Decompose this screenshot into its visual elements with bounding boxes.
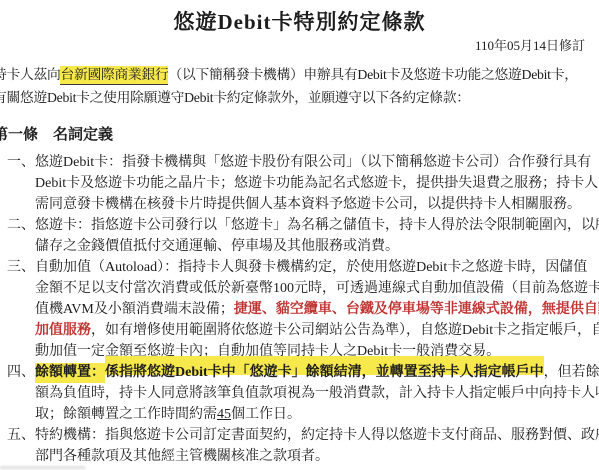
item-line: 三、自動加值（Autoload）：指持卡人與發卡機構約定，於使用悠遊Debit卡… xyxy=(0,257,599,278)
balance-transfer-term-highlight: 餘額轉置： xyxy=(35,363,105,383)
item-line: 二、悠遊卡：指悠遊卡公司發行以「悠遊卡」為名稱之儲值卡，持卡人得於法令限制範圍內… xyxy=(0,215,599,236)
item-line: 五、特約機構：指與悠遊卡公司訂定書面契約，約定持卡人得以悠遊卡支付商品、服務對價… xyxy=(0,425,599,446)
term-item-merchant: 五、特約機構：指與悠遊卡公司訂定書面契約，約定持卡人得以悠遊卡支付商品、服務對價… xyxy=(0,425,599,467)
item-marker: 二、 xyxy=(7,218,35,233)
item-text: 個工作日。 xyxy=(231,407,301,422)
scan-artifact xyxy=(0,466,85,469)
item-marker: 四、 xyxy=(7,365,35,380)
intro-paragraph: 持卡人茲向台新國際商業銀行（以下簡稱發卡機構）申辦具有Debit卡及悠遊卡功能之… xyxy=(0,63,599,109)
item-line: 值機AVM及小額消費端末設備；捷運、貓空纜車、台鐵及停車場等非連線式設備，無提供… xyxy=(0,299,599,320)
item-marker: 三、 xyxy=(7,260,35,275)
term-item-autoload: 三、自動加值（Autoload）：指持卡人與發卡機構約定，於使用悠遊Debit卡… xyxy=(0,257,599,362)
item-line: Debit卡及悠遊卡功能之晶片卡；悠遊卡功能為記名式悠遊卡，提供掛失退費之服務；… xyxy=(0,173,599,194)
intro-text: （以下簡稱發卡機構）申辦具有Debit卡及悠遊卡功能之悠遊Debit卡， xyxy=(168,67,577,82)
balance-transfer-definition-highlight: 係指將悠遊Debit卡中「悠遊卡」餘額結清，並轉置至持卡人指定帳戶中 xyxy=(105,356,544,380)
item-text: 值機AVM及小額消費端末設備； xyxy=(35,302,234,317)
term-item-balance-transfer: 四、餘額轉置：係指將悠遊Debit卡中「悠遊卡」餘額結清，並轉置至持卡人指定帳戶… xyxy=(0,362,599,425)
page-title: 悠遊Debit卡特別約定條款 xyxy=(0,0,599,35)
term-item-easycard-debit: 一、悠遊Debit卡：指發卡機構與「悠遊卡股份有限公司」（以下簡稱悠遊卡公司）合… xyxy=(0,152,599,215)
intro-line-1: 持卡人茲向台新國際商業銀行（以下簡稱發卡機構）申辦具有Debit卡及悠遊卡功能之… xyxy=(0,63,599,86)
intro-line-2: 有關悠遊Debit卡之使用除願遵守Debit卡約定條款外，並願遵守以下各約定條款… xyxy=(0,86,599,109)
red-warning-text: 加值服務 xyxy=(35,323,91,338)
definition-list: 一、悠遊Debit卡：指發卡機構與「悠遊卡股份有限公司」（以下簡稱悠遊卡公司）合… xyxy=(0,152,599,467)
item-text: 悠遊Debit卡：指發卡機構與「悠遊卡股份有限公司」（以下簡稱悠遊卡公司）合作發… xyxy=(35,155,591,170)
item-line: 加值服務，如有增修使用範圍將依悠遊卡公司網站公告為準），自悠遊Debit卡之指定… xyxy=(0,320,599,341)
section-heading: 第一條 名詞定義 xyxy=(0,127,599,143)
item-text: 取；餘額轉置之工作時間約需 xyxy=(35,407,217,422)
item-line: 一、悠遊Debit卡：指發卡機構與「悠遊卡股份有限公司」（以下簡稱悠遊卡公司）合… xyxy=(0,152,599,173)
red-warning-text: 捷運、貓空纜車、台鐵及停車場等非連線式設備，無提供自動 xyxy=(234,302,599,317)
item-marker: 五、 xyxy=(7,428,35,443)
bank-name-highlight: 台新國際商業銀行 xyxy=(60,66,168,85)
item-text: 特約機構：指與悠遊卡公司訂定書面契約，約定持卡人得以悠遊卡支付商品、服務對價、政… xyxy=(35,428,599,443)
intro-text: 持卡人茲向 xyxy=(0,67,60,82)
item-marker: 一、 xyxy=(7,155,35,170)
item-line: 需同意發卡機構在核發卡片時提供個人基本資料予悠遊卡公司，以提供持卡人相關服務。 xyxy=(0,194,599,215)
item-text: ，如有增修使用範圍將依悠遊卡公司網站公告為準），自悠遊Debit卡之指定帳戶，自 xyxy=(91,323,599,338)
workdays-number-underlined: 45 xyxy=(217,407,231,422)
document-page: 悠遊Debit卡特別約定條款 110年05月14日修訂 持卡人茲向台新國際商業銀… xyxy=(0,0,599,470)
item-line: 金額不足以支付當次消費或低於新臺幣100元時，可透過連線式自動加值設備（目前為悠… xyxy=(0,278,599,299)
item-line: 部門各種款項及其他經主管機關核准之款項者。 xyxy=(0,446,599,467)
revision-date: 110年05月14日修訂 xyxy=(0,38,599,54)
item-text: 悠遊卡：指悠遊卡公司發行以「悠遊卡」為名稱之儲值卡，持卡人得於法令限制範圍內，以… xyxy=(35,218,599,233)
item-line: 額為負值時，持卡人同意將該筆負值款項視為一般消費款，計入持卡人指定帳戶中向持卡人… xyxy=(0,383,599,404)
item-line: 取；餘額轉置之工作時間約需45個工作日。 xyxy=(0,404,599,425)
term-item-easycard: 二、悠遊卡：指悠遊卡公司發行以「悠遊卡」為名稱之儲值卡，持卡人得於法令限制範圍內… xyxy=(0,215,599,257)
item-line: 儲存之金錢價值抵付交通運輸、停車場及其他服務或消費。 xyxy=(0,236,599,257)
item-text: 自動加值（Autoload）：指持卡人與發卡機構約定，於使用悠遊Debit卡之悠… xyxy=(35,260,587,275)
item-text: ，但若餘 xyxy=(544,365,599,380)
item-line: 四、餘額轉置：係指將悠遊Debit卡中「悠遊卡」餘額結清，並轉置至持卡人指定帳戶… xyxy=(0,362,599,383)
